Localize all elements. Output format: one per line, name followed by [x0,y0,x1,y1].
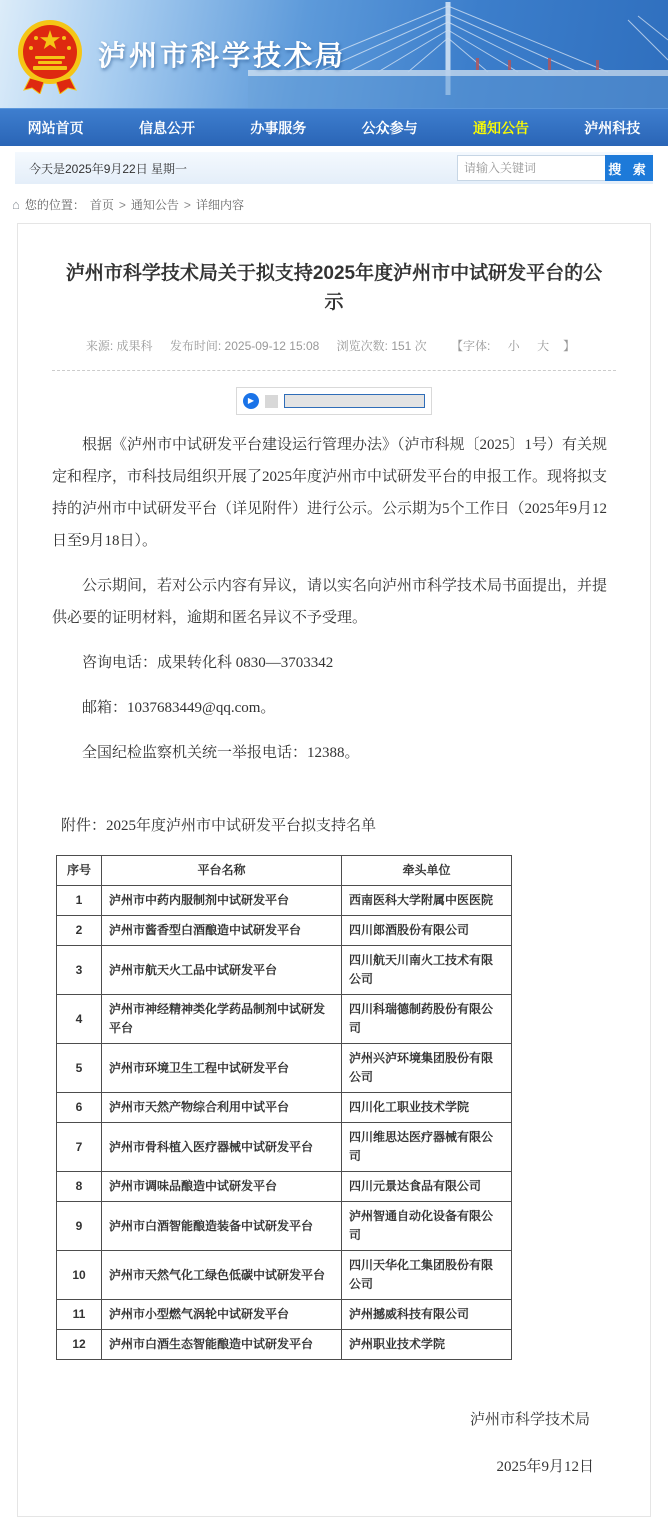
search-input[interactable] [457,155,605,181]
nav-item-home[interactable]: 网站首页 [18,109,94,147]
site-title: 泸州市科学技术局 [98,34,346,74]
cell-unit: 四川航天川南火工技术有限公司 [342,946,512,995]
cell-platform: 泸州市酱香型白酒酿造中试研发平台 [102,916,342,946]
column-header-platform: 平台名称 [102,856,342,886]
column-header-no: 序号 [57,856,102,886]
table-row: 11 泸州市小型燃气涡轮中试研发平台 泸州撼威科技有限公司 [57,1300,512,1330]
article-meta: 来源: 成果科 发布时间: 2025-09-12 15:08 浏览次数: 151… [52,337,616,371]
play-icon[interactable]: ▶ [243,393,259,409]
cell-no: 10 [57,1251,102,1300]
current-date-text: 今天是2025年9月22日 星期一 [29,160,187,177]
cell-platform: 泸州市天然产物综合利用中试平台 [102,1093,342,1123]
table-row: 7 泸州市骨科植入医疗器械中试研发平台 四川维思达医疗器械有限公司 [57,1123,512,1172]
table-header-row: 序号 平台名称 牵头单位 [57,856,512,886]
nav-item-services[interactable]: 办事服务 [240,109,316,147]
table-row: 12 泸州市白酒生态智能酿造中试研发平台 泸州职业技术学院 [57,1330,512,1360]
signature-date: 2025年9月12日 [52,1455,616,1476]
cell-unit: 泸州职业技术学院 [342,1330,512,1360]
cell-platform: 泸州市环境卫生工程中试研发平台 [102,1044,342,1093]
search-button[interactable]: 搜 索 [605,155,653,181]
table-row: 2 泸州市酱香型白酒酿造中试研发平台 四川郎酒股份有限公司 [57,916,512,946]
cell-platform: 泸州市神经精神类化学药品制剂中试研发平台 [102,995,342,1044]
breadcrumb-home-link[interactable]: 首页 [90,196,114,213]
cell-unit: 四川科瑞德制药股份有限公司 [342,995,512,1044]
breadcrumb: ⌂ 您的位置： 首页 > 通知公告 > 详细内容 [12,196,668,213]
cell-no: 1 [57,886,102,916]
cell-platform: 泸州市调味品酿造中试研发平台 [102,1172,342,1202]
cell-no: 4 [57,995,102,1044]
cell-platform: 泸州市白酒智能酿造装备中试研发平台 [102,1202,342,1251]
main-nav: 网站首页 信息公开 办事服务 公众参与 通知公告 泸州科技 [0,108,668,146]
attachment-title: 附件：2025年度泸州市中试研发平台拟支持名单 [52,811,616,841]
table-row: 8 泸州市调味品酿造中试研发平台 四川元景达食品有限公司 [57,1172,512,1202]
cell-unit: 四川天华化工集团股份有限公司 [342,1251,512,1300]
article-card: 泸州市科学技术局关于拟支持2025年度泸州市中试研发平台的公示 来源: 成果科 … [17,223,651,1517]
cell-no: 5 [57,1044,102,1093]
cell-no: 11 [57,1300,102,1330]
font-size-large-button[interactable]: 大 [537,339,549,353]
paragraph: 根据《泸州市中试研发平台建设运行管理办法》（泸市科规〔2025〕1号）有关规定和… [52,429,616,557]
cell-no: 3 [57,946,102,995]
nav-item-info-disclosure[interactable]: 信息公开 [129,109,205,147]
font-size-label-close: 】 [563,339,575,353]
cell-unit: 四川元景达食品有限公司 [342,1172,512,1202]
national-emblem [16,18,84,94]
cell-unit: 四川维思达医疗器械有限公司 [342,1123,512,1172]
breadcrumb-current: 详细内容 [196,196,244,213]
home-icon: ⌂ [12,197,20,212]
breadcrumb-separator: > [119,198,126,212]
table-row: 1 泸州市中药内服制剂中试研发平台 西南医科大学附属中医医院 [57,886,512,916]
meta-font-label: 【字体: 小 大】 [444,339,582,353]
header-banner: 泸州市科学技术局 [0,0,668,108]
audio-player: ▶ [236,387,432,415]
cell-no: 9 [57,1202,102,1251]
cell-no: 8 [57,1172,102,1202]
paragraph-report-hotline: 全国纪检监察机关统一举报电话：12388。 [52,737,616,769]
cell-platform: 泸州市中药内服制剂中试研发平台 [102,886,342,916]
cell-no: 6 [57,1093,102,1123]
cell-platform: 泸州市白酒生态智能酿造中试研发平台 [102,1330,342,1360]
table-row: 10 泸州市天然气化工绿色低碳中试研发平台 四川天华化工集团股份有限公司 [57,1251,512,1300]
cell-no: 7 [57,1123,102,1172]
cell-unit: 泸州撼威科技有限公司 [342,1300,512,1330]
paragraph-contact-phone: 咨询电话：成果转化科 0830—3703342 [52,647,616,679]
platform-table: 序号 平台名称 牵头单位 1 泸州市中药内服制剂中试研发平台 西南医科大学附属中… [56,855,512,1360]
cell-platform: 泸州市天然气化工绿色低碳中试研发平台 [102,1251,342,1300]
date-search-bar: 今天是2025年9月22日 星期一 搜 索 [15,152,653,184]
column-header-unit: 牵头单位 [342,856,512,886]
table-row: 6 泸州市天然产物综合利用中试平台 四川化工职业技术学院 [57,1093,512,1123]
nav-item-notices[interactable]: 通知公告 [463,109,539,147]
breadcrumb-notices-link[interactable]: 通知公告 [131,196,179,213]
article-body: 根据《泸州市中试研发平台建设运行管理办法》（泸市科规〔2025〕1号）有关规定和… [52,429,616,769]
cell-unit: 西南医科大学附属中医医院 [342,886,512,916]
table-row: 9 泸州市白酒智能酿造装备中试研发平台 泸州智通自动化设备有限公司 [57,1202,512,1251]
table-row: 3 泸州市航天火工品中试研发平台 四川航天川南火工技术有限公司 [57,946,512,995]
cell-platform: 泸州市骨科植入医疗器械中试研发平台 [102,1123,342,1172]
paragraph-contact-email: 邮箱：1037683449@qq.com。 [52,692,616,724]
meta-source: 来源: 成果科 [86,339,153,353]
nav-item-participation[interactable]: 公众参与 [352,109,428,147]
stop-icon[interactable] [265,395,278,408]
font-size-small-button[interactable]: 小 [508,339,520,353]
site-search: 搜 索 [457,155,653,181]
breadcrumb-prefix: 您的位置： [25,196,85,213]
signature-block: 泸州市科学技术局 2025年9月12日 [52,1408,616,1476]
paragraph: 公示期间，若对公示内容有异议，请以实名向泸州市科学技术局书面提出，并提供必要的证… [52,570,616,634]
cell-no: 12 [57,1330,102,1360]
breadcrumb-separator: > [184,198,191,212]
cell-platform: 泸州市航天火工品中试研发平台 [102,946,342,995]
table-row: 5 泸州市环境卫生工程中试研发平台 泸州兴泸环境集团股份有限公司 [57,1044,512,1093]
cell-unit: 泸州兴泸环境集团股份有限公司 [342,1044,512,1093]
font-size-label: 【字体: [451,339,490,353]
cell-unit: 四川化工职业技术学院 [342,1093,512,1123]
meta-views: 浏览次数: 151 次 [337,339,427,353]
article-title: 泸州市科学技术局关于拟支持2025年度泸州市中试研发平台的公示 [62,260,606,317]
audio-progress-bar[interactable] [284,394,425,408]
cell-unit: 四川郎酒股份有限公司 [342,916,512,946]
cell-unit: 泸州智通自动化设备有限公司 [342,1202,512,1251]
cell-platform: 泸州市小型燃气涡轮中试研发平台 [102,1300,342,1330]
table-row: 4 泸州市神经精神类化学药品制剂中试研发平台 四川科瑞德制药股份有限公司 [57,995,512,1044]
cell-no: 2 [57,916,102,946]
nav-item-luzhou-tech[interactable]: 泸州科技 [574,109,650,147]
signature-org: 泸州市科学技术局 [52,1408,616,1429]
meta-published: 发布时间: 2025-09-12 15:08 [170,339,319,353]
